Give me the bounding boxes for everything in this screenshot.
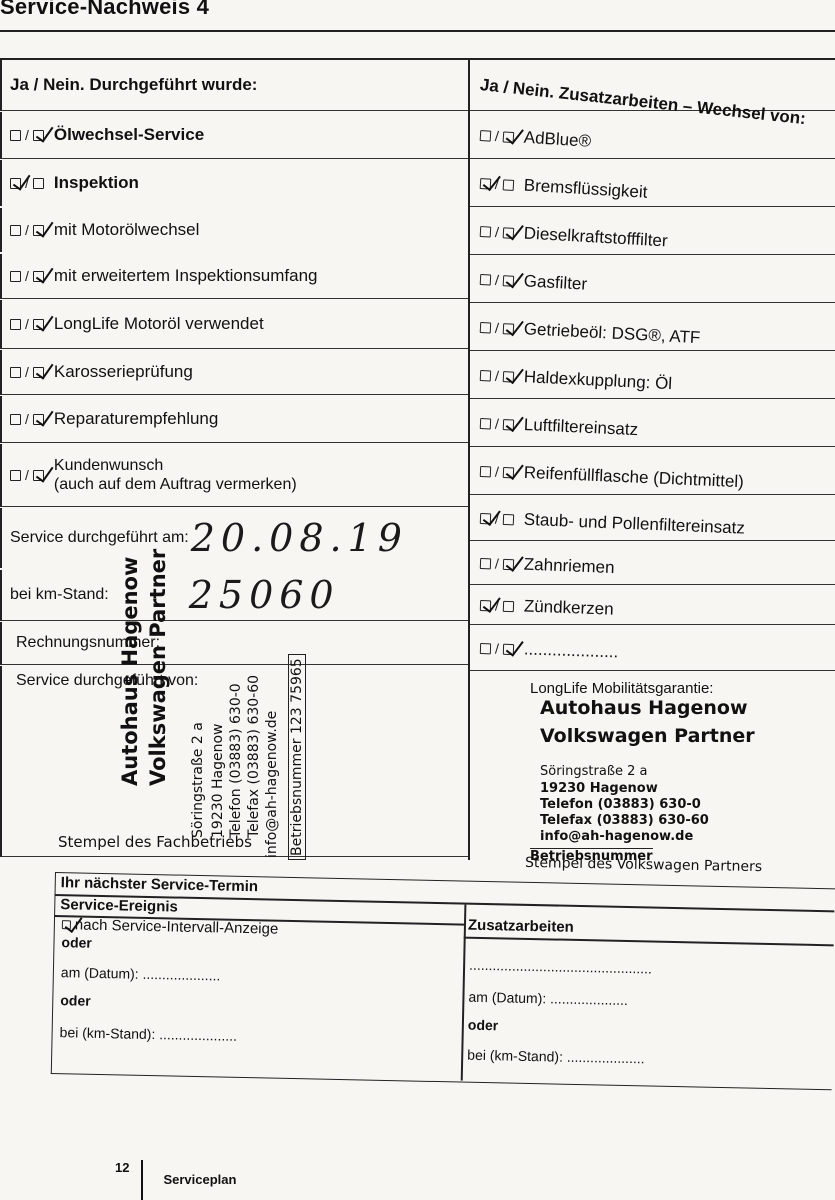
extra-date-field[interactable]: am (Datum): .................... [468, 989, 628, 1008]
item-label: AdBlue® [523, 128, 591, 152]
stamp-right-email: info@ah-hagenow.de [540, 829, 693, 844]
performed-by-label: Service durchgeführt von: [16, 672, 198, 690]
interval-checkbox[interactable] [62, 920, 71, 929]
yes-checkbox[interactable] [480, 466, 491, 477]
extra-work-row: /Getriebeöl: DSG®, ATF [470, 304, 835, 351]
yes-no-toggle: / [480, 271, 515, 289]
yes-checkbox[interactable] [480, 130, 492, 142]
item-label: LongLife Motoröl verwendet [54, 314, 264, 334]
km-label: bei km-Stand: [10, 586, 109, 604]
no-checkbox[interactable] [503, 323, 515, 335]
item-label: Zahnriemen [523, 555, 614, 578]
yes-checkbox[interactable] [10, 178, 21, 189]
extra-work-row: /Reifenfüllflasche (Dichtmittel) [470, 448, 835, 495]
stamp-phone: Telefon (03883) 630-0 [228, 683, 244, 838]
item-label: Reifenfüllflasche (Dichtmittel) [523, 463, 744, 492]
item-label: Bremsflüssigkeit [523, 176, 648, 203]
yes-checkbox[interactable] [10, 225, 21, 236]
stamp-right-street: Söringstraße 2 a [540, 764, 648, 779]
yes-no-toggle: / [10, 175, 44, 191]
stamp-name-line2: Volkswagen Partner [146, 549, 170, 786]
no-checkbox[interactable] [33, 319, 44, 330]
yes-checkbox[interactable] [10, 470, 21, 481]
yes-checkbox[interactable] [480, 418, 491, 429]
extra-work-row: /Gasfilter [470, 256, 835, 303]
yes-no-toggle: / [480, 640, 514, 657]
no-checkbox[interactable] [33, 414, 44, 425]
performed-by-box: Service durchgeführt von: Autohaus Hagen… [0, 666, 468, 857]
yes-checkbox[interactable] [10, 271, 21, 282]
item-label: Reparaturempfehlung [54, 409, 218, 429]
yes-no-toggle: / [10, 268, 44, 284]
mobility-label: LongLife Mobilitätsgarantie: [530, 680, 713, 697]
no-checkbox[interactable] [33, 225, 44, 236]
no-checkbox[interactable] [503, 558, 514, 569]
yes-checkbox[interactable] [480, 370, 492, 382]
item-label: mit Motorölwechsel [54, 220, 200, 240]
yes-checkbox[interactable] [480, 274, 492, 286]
page-title: Service-Nachweis 4 [0, 0, 209, 20]
checklist-row: /Inspektion [0, 160, 468, 206]
no-checkbox[interactable] [503, 643, 514, 654]
item-label: Inspektion [54, 173, 139, 193]
yes-checkbox[interactable] [480, 558, 491, 569]
checklist-row: /Karosserieprüfung [0, 350, 468, 395]
stamp-email: info@ah-hagenow.de [264, 711, 280, 858]
km-value[interactable]: 25060 [189, 573, 340, 617]
stamp-fax: Telefax (03883) 630-60 [246, 675, 262, 838]
yes-no-toggle: / [480, 415, 515, 433]
stamp-right-fax: Telefax (03883) 630-60 [540, 813, 709, 828]
page-footer: 12 Serviceplan [115, 1160, 236, 1200]
yes-checkbox[interactable] [480, 643, 491, 654]
extra-work-row: /Staub- und Pollenfiltereinsatz [470, 496, 835, 541]
extra-or-label: oder [468, 1017, 499, 1034]
next-service-box: Ihr nächster Service-Termin Service-Erei… [51, 872, 835, 1093]
title-divider [0, 30, 835, 32]
extra-work-row: /Haldexkupplung: Öl [470, 352, 835, 399]
yes-no-toggle: / [480, 175, 515, 193]
extra-work-row: /Bremsflüssigkeit [470, 160, 835, 207]
item-label: .................... [524, 639, 619, 662]
stamp-street: Söringstraße 2 a [190, 722, 206, 838]
yes-checkbox[interactable] [480, 178, 492, 190]
no-checkbox[interactable] [33, 367, 44, 378]
left-header: Ja / Nein. Durchgeführt wurde: [0, 60, 468, 111]
stamp-right-name-line1: Autohaus Hagenow [540, 697, 748, 719]
invoice-row: Rechnungsnummer: [0, 622, 468, 665]
checklist-row: /mit erweitertem Inspektionsumfang [0, 254, 468, 299]
footer-divider [141, 1160, 143, 1200]
checklist-row: /mit Motorölwechsel [0, 208, 468, 252]
yes-no-toggle: / [480, 223, 515, 241]
item-label: Ölwechsel-Service [54, 125, 204, 145]
stamp-right-phone: Telefon (03883) 630-0 [540, 797, 701, 812]
yes-checkbox[interactable] [10, 414, 21, 425]
item-label: Gasfilter [523, 271, 587, 294]
extra-work-row: /Luftfiltereinsatz [470, 400, 835, 447]
stamp-name-line1: Autohaus Hagenow [118, 557, 142, 786]
no-checkbox[interactable] [33, 470, 44, 481]
no-checkbox[interactable] [503, 179, 515, 191]
or-label-1: oder [61, 934, 92, 951]
yes-no-toggle: / [480, 510, 515, 527]
no-checkbox[interactable] [503, 419, 514, 430]
stamp-right-name-line2: Volkswagen Partner [540, 725, 755, 747]
extra-work-row: /Zündkerzen [470, 586, 835, 625]
yes-no-toggle: / [480, 555, 514, 572]
no-checkbox[interactable] [503, 131, 515, 143]
yes-no-toggle: / [10, 364, 44, 380]
yes-no-toggle: / [10, 467, 44, 483]
extra-work-row: /Zahnriemen [470, 542, 835, 585]
item-label: Karosserieprüfung [54, 362, 193, 382]
yes-no-toggle: / [480, 597, 514, 614]
yes-checkbox[interactable] [10, 367, 21, 378]
item-label: Getriebeöl: DSG®, ATF [523, 319, 700, 348]
yes-no-toggle: / [480, 127, 515, 145]
stamp-right-city: 19230 Hagenow [540, 781, 658, 796]
no-checkbox[interactable] [33, 271, 44, 282]
checklist-row: /Reparaturempfehlung [0, 396, 468, 443]
stamp-city: 19230 Hagenow [210, 724, 226, 838]
km-row: bei km-Stand: 25060 [0, 570, 468, 621]
or-label-2: oder [60, 992, 91, 1009]
no-checkbox[interactable] [33, 130, 44, 141]
yes-checkbox[interactable] [480, 600, 491, 611]
service-date-label: Service durchgeführt am: [10, 529, 189, 547]
yes-checkbox[interactable] [480, 226, 492, 238]
service-date-value[interactable]: 20.08.19 [191, 516, 408, 560]
no-checkbox[interactable] [33, 178, 44, 189]
stamp-business-number: Betriebsnummer 123 75965 [288, 654, 306, 860]
service-event-header: Service-Ereignis [60, 896, 178, 915]
checklist-row: /Kundenwunsch(auch auf dem Auftrag verme… [0, 444, 468, 507]
next-date-field[interactable]: am (Datum): .................... [61, 964, 221, 983]
right-stamp-label: Stempel des Volkswagen Partners [525, 855, 762, 875]
item-label: Haldexkupplung: Öl [523, 367, 672, 394]
section-name: Serviceplan [163, 1172, 236, 1187]
no-checkbox[interactable] [503, 371, 515, 383]
checklist-row: /LongLife Motoröl verwendet [0, 300, 468, 349]
checklist-row: /Ölwechsel-Service [0, 112, 468, 159]
no-checkbox[interactable] [503, 227, 515, 239]
extra-work-row: /.................... [470, 626, 835, 671]
extra-work-row: /Dieselkraftstofffilter [470, 208, 835, 255]
service-date-row: Service durchgeführt am: 20.08.19 [0, 508, 468, 568]
item-label: Zündkerzen [524, 597, 614, 620]
no-checkbox[interactable] [503, 513, 514, 524]
yes-no-toggle: / [10, 127, 44, 143]
item-label: Dieselkraftstofffilter [523, 223, 668, 251]
yes-no-toggle: / [480, 319, 515, 337]
item-label: Luftfiltereinsatz [523, 415, 638, 440]
no-checkbox[interactable] [503, 600, 514, 611]
item-label: Kundenwunsch(auch auf dem Auftrag vermer… [54, 456, 297, 494]
no-checkbox[interactable] [503, 466, 514, 477]
item-label: Staub- und Pollenfiltereinsatz [523, 510, 745, 539]
yes-no-toggle: / [480, 367, 515, 385]
right-header: Ja / Nein. Zusatzarbeiten – Wechsel von: [470, 60, 835, 111]
no-checkbox[interactable] [503, 275, 515, 287]
left-stamp-label: Stempel des Fachbetriebs [58, 833, 252, 851]
yes-no-toggle: / [10, 222, 44, 238]
extra-work-header: Zusatzarbeiten [468, 917, 574, 936]
yes-checkbox[interactable] [10, 319, 21, 330]
yes-no-toggle: / [10, 316, 44, 332]
item-label: mit erweitertem Inspektionsumfang [54, 266, 318, 286]
page-number: 12 [115, 1160, 129, 1175]
yes-no-toggle: / [10, 411, 44, 427]
yes-no-toggle: / [480, 463, 515, 480]
yes-checkbox[interactable] [10, 130, 21, 141]
extra-work-row: /AdBlue® [470, 112, 835, 159]
yes-checkbox[interactable] [480, 513, 491, 524]
yes-checkbox[interactable] [480, 322, 492, 334]
